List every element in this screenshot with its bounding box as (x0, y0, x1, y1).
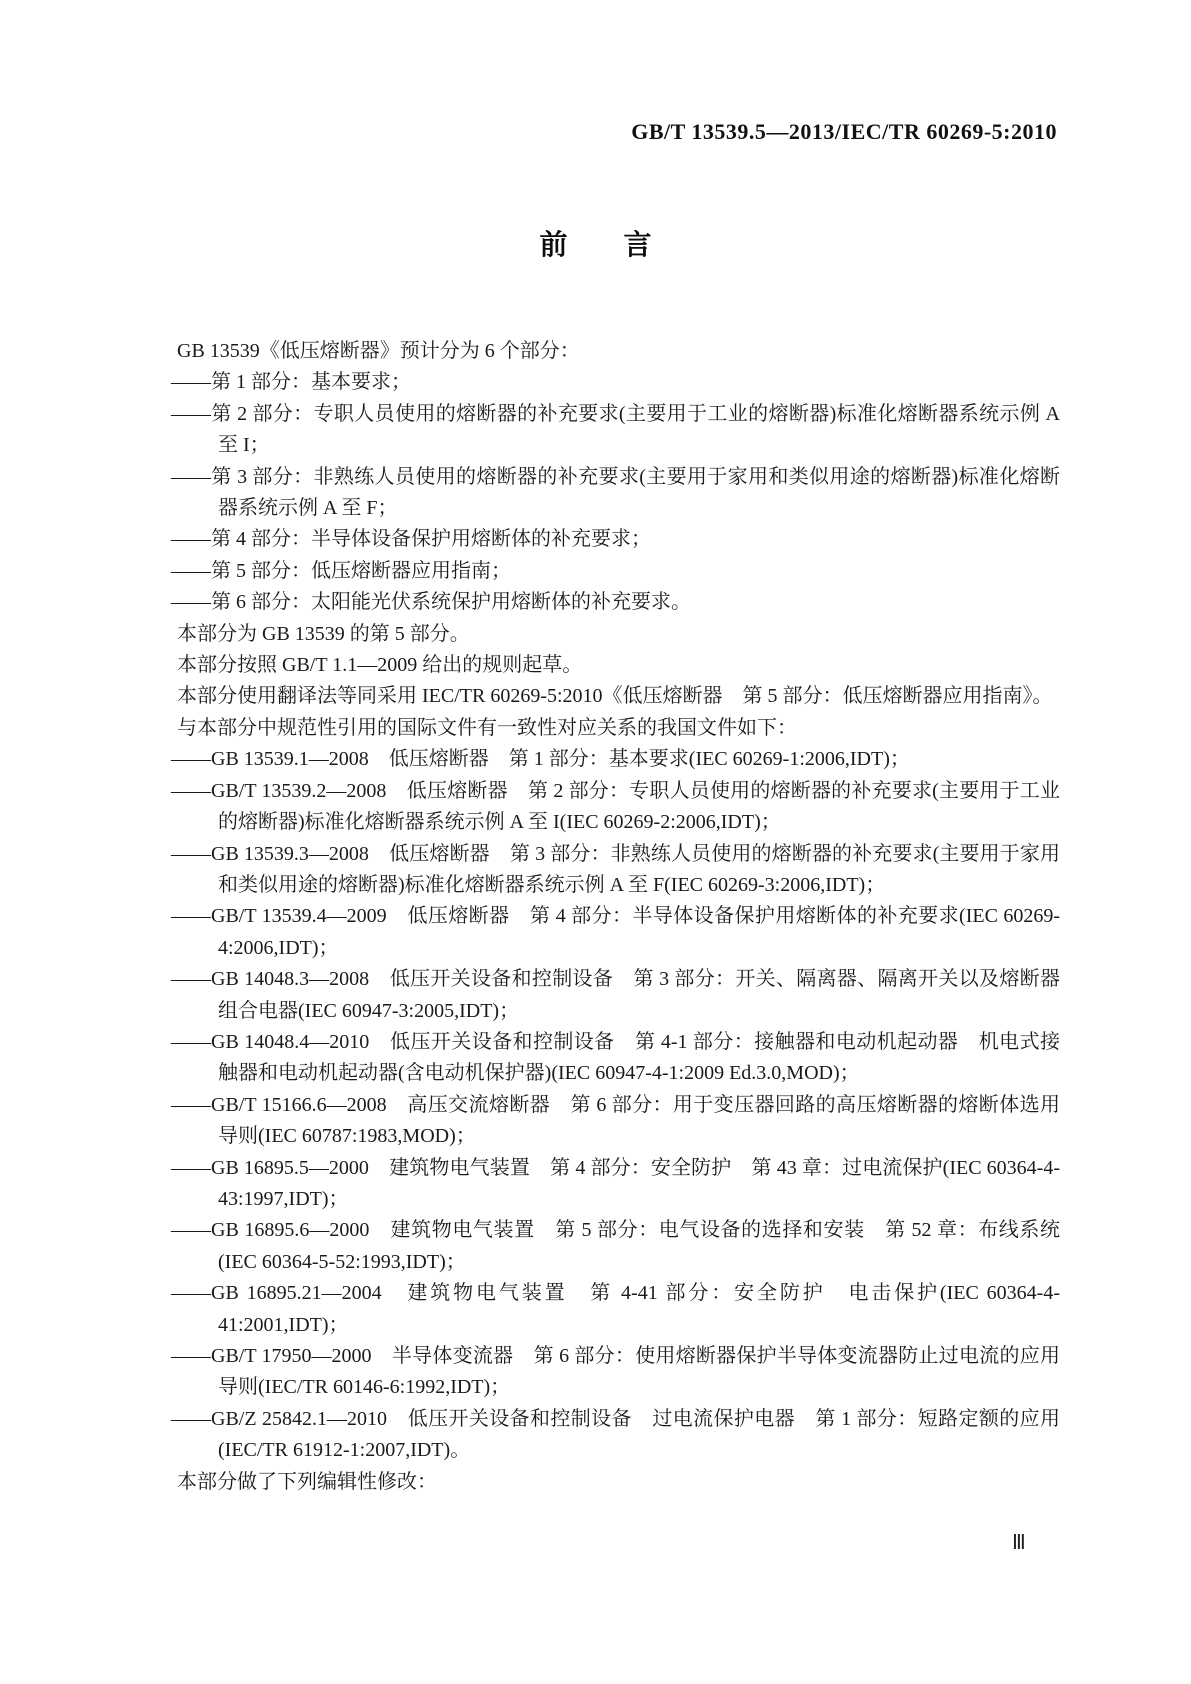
part-list-item: ——第 3 部分：非熟练人员使用的熔断器的补充要求(主要用于家用和类似用途的熔断… (133, 462, 1060, 525)
standard-code-header: GB/T 13539.5—2013/IEC/TR 60269-5:2010 (133, 118, 1057, 146)
reference-list-item: ——GB/T 15166.6—2008 高压交流熔断器 第 6 部分：用于变压器… (133, 1090, 1060, 1153)
foreword-paragraph: 本部分做了下列编辑性修改： (133, 1467, 1060, 1498)
reference-list-item: ——GB 16895.21—2004 建筑物电气装置 第 4-41 部分：安全防… (133, 1278, 1060, 1341)
foreword-paragraph: GB 13539《低压熔断器》预计分为 6 个部分： (133, 336, 1060, 367)
reference-list-item: ——GB 14048.3—2008 低压开关设备和控制设备 第 3 部分：开关、… (133, 964, 1060, 1027)
document-page: GB/T 13539.5—2013/IEC/TR 60269-5:2010 前 … (0, 0, 1191, 1684)
part-list-item: ——第 6 部分：太阳能光伏系统保护用熔断体的补充要求。 (133, 587, 1060, 618)
reference-list-item: ——GB/T 13539.4—2009 低压熔断器 第 4 部分：半导体设备保护… (133, 901, 1060, 964)
part-list-item: ——第 2 部分：专职人员使用的熔断器的补充要求(主要用于工业的熔断器)标准化熔… (133, 399, 1060, 462)
reference-list-item: ——GB/T 17950—2000 半导体变流器 第 6 部分：使用熔断器保护半… (133, 1341, 1060, 1404)
foreword-title: 前 言 (0, 228, 1191, 262)
reference-list-item: ——GB 14048.4—2010 低压开关设备和控制设备 第 4-1 部分：接… (133, 1027, 1060, 1090)
reference-list-item: ——GB 16895.6—2000 建筑物电气装置 第 5 部分：电气设备的选择… (133, 1215, 1060, 1278)
part-list-item: ——第 5 部分：低压熔断器应用指南； (133, 556, 1060, 587)
reference-list-item: ——GB/T 13539.2—2008 低压熔断器 第 2 部分：专职人员使用的… (133, 776, 1060, 839)
foreword-body: GB 13539《低压熔断器》预计分为 6 个部分： ——第 1 部分：基本要求… (133, 336, 1060, 1498)
reference-list-item: ——GB 13539.1—2008 低压熔断器 第 1 部分：基本要求(IEC … (133, 744, 1060, 775)
reference-list-item: ——GB 13539.3—2008 低压熔断器 第 3 部分：非熟练人员使用的熔… (133, 839, 1060, 902)
part-list-item: ——第 1 部分：基本要求； (133, 367, 1060, 398)
page-number: Ⅲ (1012, 1530, 1026, 1554)
reference-list-item: ——GB 16895.5—2000 建筑物电气装置 第 4 部分：安全防护 第 … (133, 1153, 1060, 1216)
foreword-paragraph: 本部分按照 GB/T 1.1—2009 给出的规则起草。 (133, 650, 1060, 681)
foreword-paragraph: 与本部分中规范性引用的国际文件有一致性对应关系的我国文件如下： (133, 713, 1060, 744)
reference-list-item: ——GB/Z 25842.1—2010 低压开关设备和控制设备 过电流保护电器 … (133, 1404, 1060, 1467)
part-list-item: ——第 4 部分：半导体设备保护用熔断体的补充要求； (133, 524, 1060, 555)
foreword-paragraph: 本部分使用翻译法等同采用 IEC/TR 60269-5:2010《低压熔断器 第… (133, 681, 1060, 712)
foreword-paragraph: 本部分为 GB 13539 的第 5 部分。 (133, 619, 1060, 650)
